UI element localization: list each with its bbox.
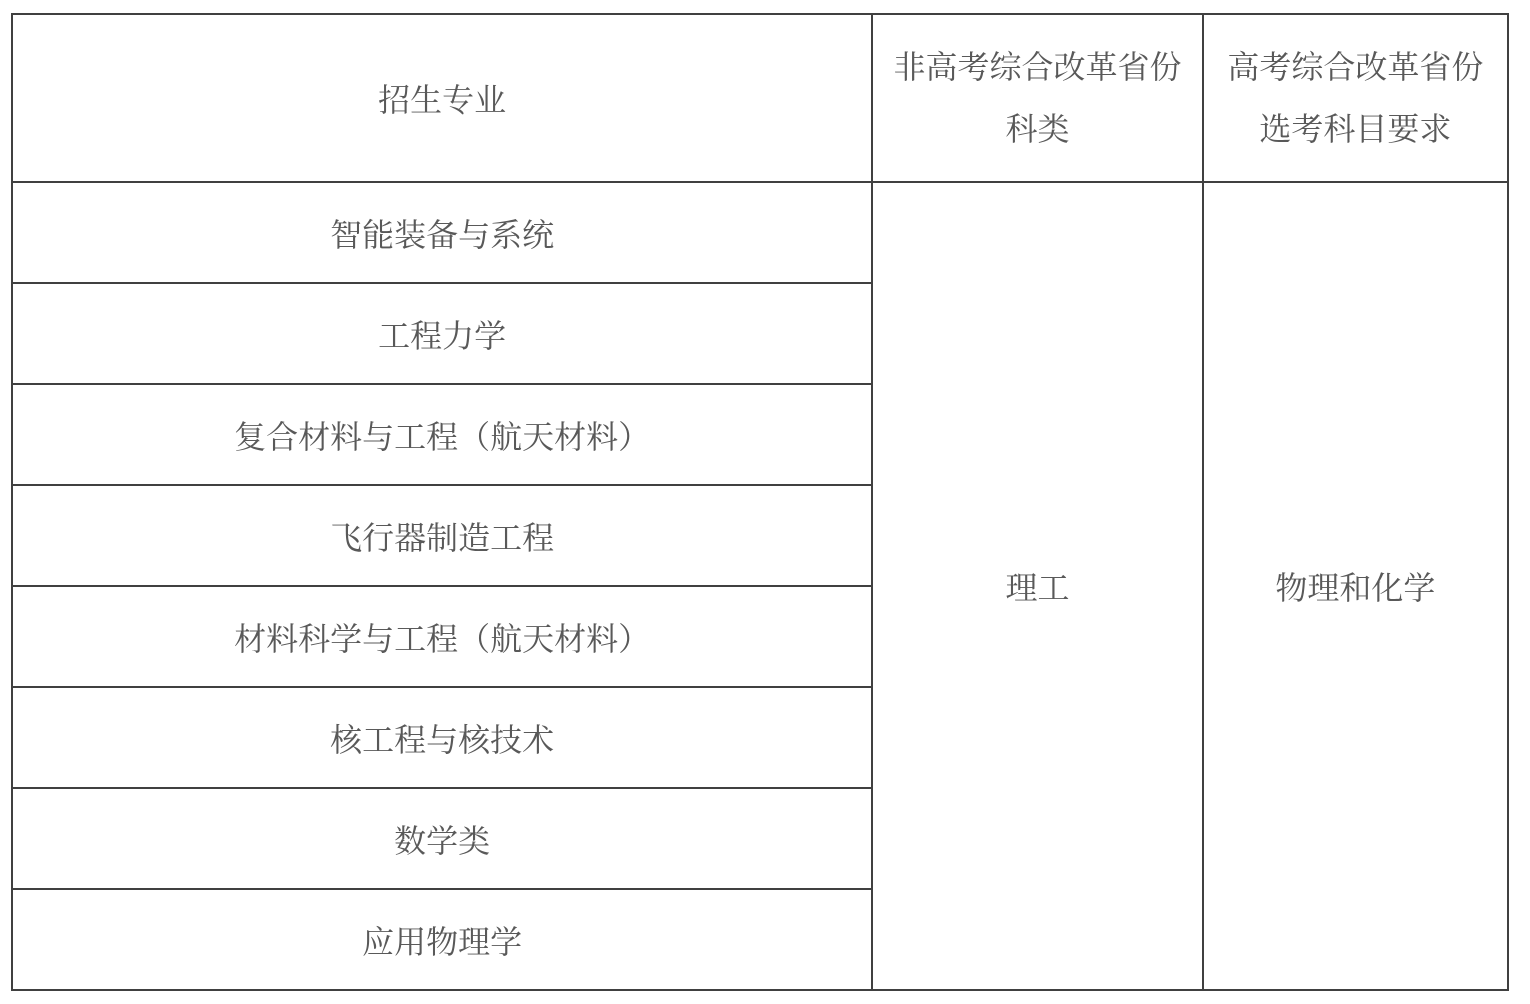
major-cell: 核工程与核技术 — [12, 687, 872, 788]
major-cell: 应用物理学 — [12, 889, 872, 990]
table-header-row: 招生专业 非高考综合改革省份 科类 高考综合改革省份 选考科目要求 — [12, 14, 1508, 182]
subject-requirement-cell: 物理和化学 — [1203, 182, 1508, 990]
major-cell: 材料科学与工程（航天材料） — [12, 586, 872, 687]
subject-category-cell: 理工 — [872, 182, 1203, 990]
major-cell: 复合材料与工程（航天材料） — [12, 384, 872, 485]
header-non-reform-line2: 科类 — [873, 98, 1202, 160]
major-cell: 工程力学 — [12, 283, 872, 384]
header-major-label: 招生专业 — [378, 82, 506, 118]
header-non-reform-category: 非高考综合改革省份 科类 — [872, 14, 1203, 182]
admissions-table: 招生专业 非高考综合改革省份 科类 高考综合改革省份 选考科目要求 智能装备与系… — [11, 13, 1509, 991]
major-cell: 飞行器制造工程 — [12, 485, 872, 586]
major-cell: 智能装备与系统 — [12, 182, 872, 283]
table-row: 智能装备与系统 理工 物理和化学 — [12, 182, 1508, 283]
header-major: 招生专业 — [12, 14, 872, 182]
major-cell: 数学类 — [12, 788, 872, 889]
header-reform-line1: 高考综合改革省份 — [1204, 36, 1507, 98]
header-non-reform-line1: 非高考综合改革省份 — [873, 36, 1202, 98]
header-reform-requirement: 高考综合改革省份 选考科目要求 — [1203, 14, 1508, 182]
header-reform-line2: 选考科目要求 — [1204, 98, 1507, 160]
page: 招生专业 非高考综合改革省份 科类 高考综合改革省份 选考科目要求 智能装备与系… — [0, 0, 1530, 1004]
